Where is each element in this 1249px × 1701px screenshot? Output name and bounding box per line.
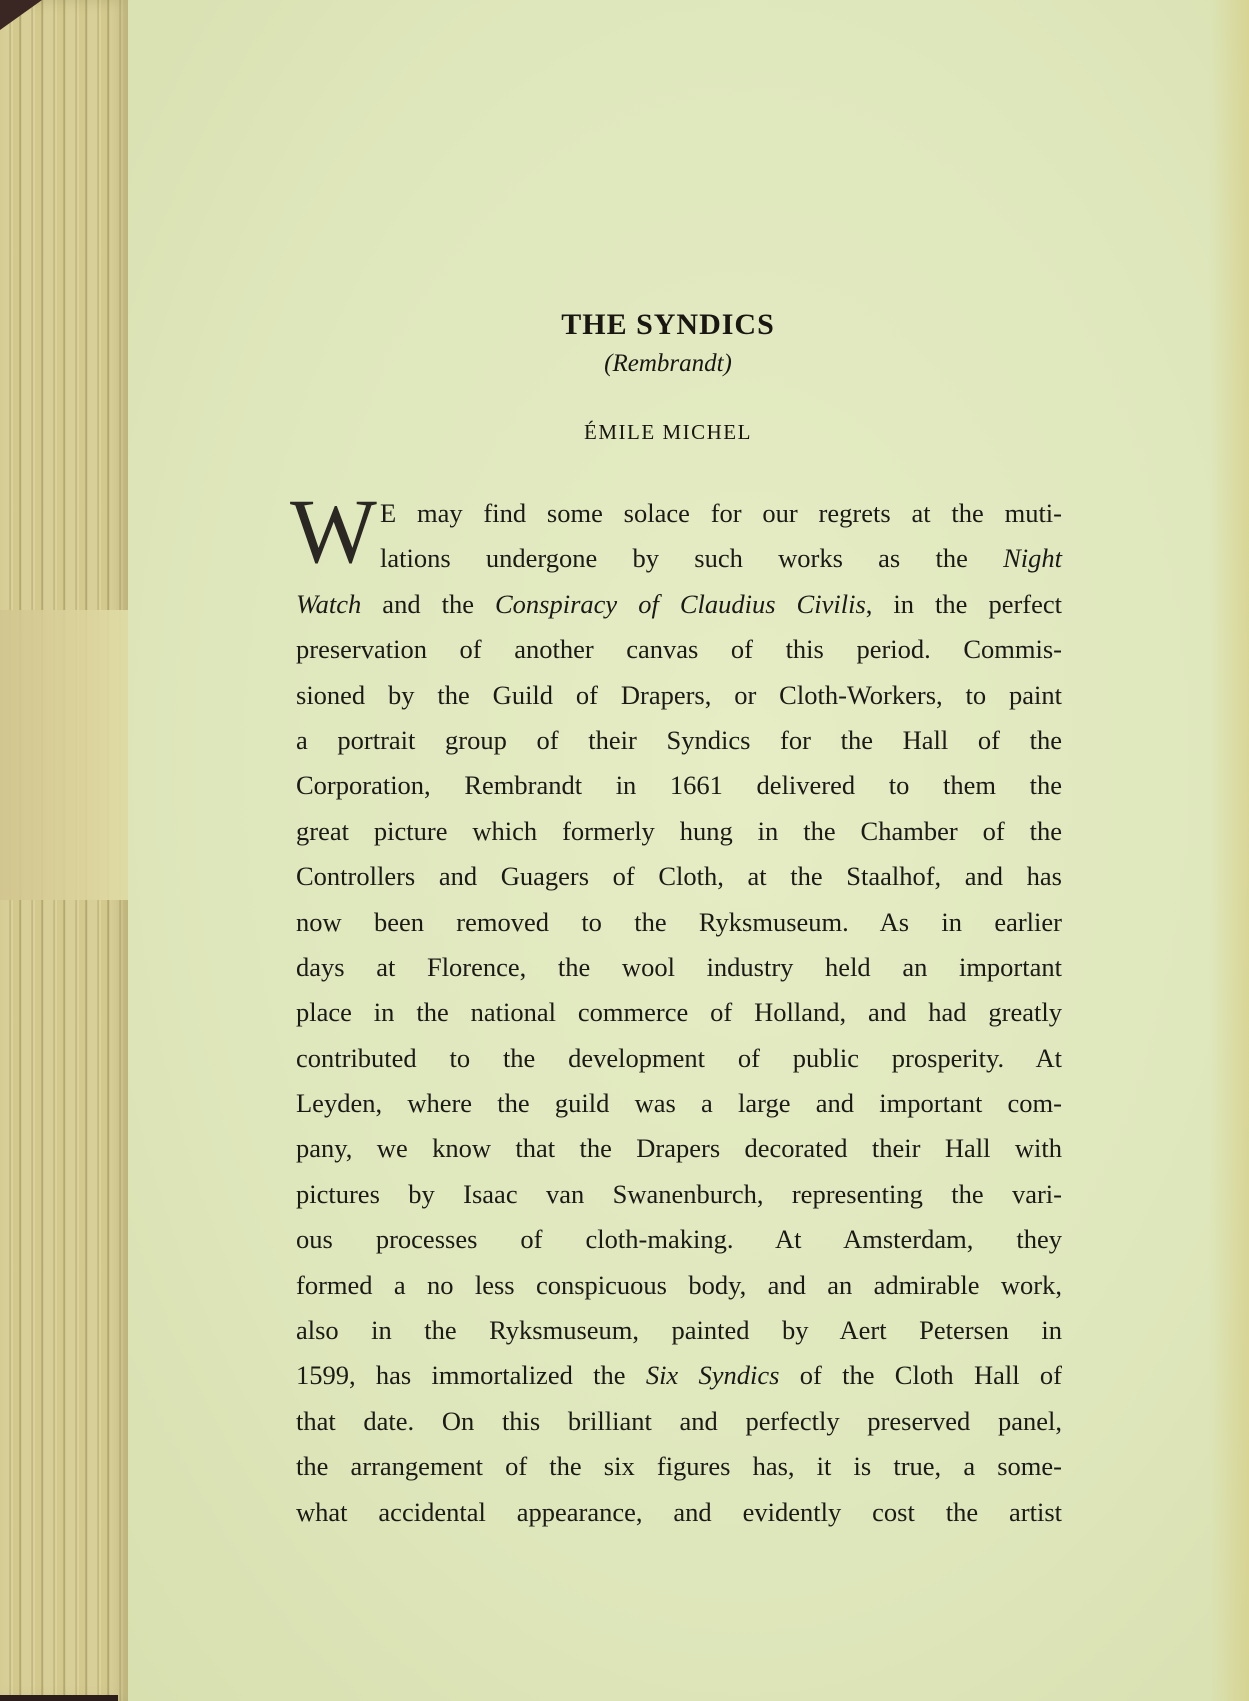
text-run: days at Florence, the wool industry held… xyxy=(296,952,1062,982)
text-line: Controllers and Guagers of Cloth, at the… xyxy=(296,854,1062,899)
text-run: sioned by the Guild of Drapers, or Cloth… xyxy=(296,680,1062,710)
text-run: Leyden, where the guild was a large and … xyxy=(296,1088,1062,1118)
text-line: Leyden, where the guild was a large and … xyxy=(296,1081,1062,1126)
text-line: place in the national commerce of Hollan… xyxy=(296,990,1062,1035)
page-edge-highlight xyxy=(0,610,145,900)
text-run: also in the Ryksmuseum, painted by Aert … xyxy=(296,1315,1062,1345)
text-line: what accidental appearance, and evidentl… xyxy=(296,1490,1062,1535)
text-line: Watch and the Conspiracy of Claudius Civ… xyxy=(296,582,1062,627)
text-line: Corporation, Rembrandt in 1661 delivered… xyxy=(296,763,1062,808)
text-run: of the Cloth Hall of xyxy=(779,1360,1062,1390)
text-run: pany, we know that the Drapers decorated… xyxy=(296,1133,1062,1163)
text-line: lations undergone by such works as the N… xyxy=(296,536,1062,581)
text-run: that date. On this brilliant and perfect… xyxy=(296,1406,1062,1436)
italic-title: Conspiracy of Claudius Civilis xyxy=(495,589,866,619)
text-run: Corporation, Rembrandt in 1661 delivered… xyxy=(296,770,1062,800)
text-lines: E may find some solace for our regrets a… xyxy=(296,491,1062,1535)
body-text: W E may find some solace for our regrets… xyxy=(296,491,1062,1535)
text-line: great picture which formerly hung in the… xyxy=(296,809,1062,854)
drop-cap: W xyxy=(290,491,377,571)
text-line: preservation of another canvas of this p… xyxy=(296,627,1062,672)
text-run: , in the perfect xyxy=(866,589,1062,619)
text-line: that date. On this brilliant and perfect… xyxy=(296,1399,1062,1444)
text-run: lations undergone by such works as the xyxy=(380,543,1003,573)
author-byline: ÉMILE MICHEL xyxy=(530,420,806,445)
italic-title: Night xyxy=(1003,543,1062,573)
text-run: 1599, has immortalized the xyxy=(296,1360,646,1390)
text-run: and the xyxy=(361,589,495,619)
text-line: ous processes of cloth-making. At Amster… xyxy=(296,1217,1062,1262)
text-run: pictures by Isaac van Swanenburch, repre… xyxy=(296,1179,1062,1209)
text-line: pany, we know that the Drapers decorated… xyxy=(296,1126,1062,1171)
text-line: pictures by Isaac van Swanenburch, repre… xyxy=(296,1172,1062,1217)
text-line: also in the Ryksmuseum, painted by Aert … xyxy=(296,1308,1062,1353)
text-line: days at Florence, the wool industry held… xyxy=(296,945,1062,990)
text-run: formed a no less conspicuous body, and a… xyxy=(296,1270,1062,1300)
text-run: place in the national commerce of Hollan… xyxy=(296,997,1062,1027)
text-run: preservation of another canvas of this p… xyxy=(296,634,1062,664)
text-run: a portrait group of their Syndics for th… xyxy=(296,725,1062,755)
chapter-title: THE SYNDICS xyxy=(530,308,806,342)
italic-title: Six Syndics xyxy=(646,1360,780,1390)
text-line: E may find some solace for our regrets a… xyxy=(296,491,1062,536)
italic-title: Watch xyxy=(296,589,361,619)
text-run: ous processes of cloth-making. At Amster… xyxy=(296,1224,1062,1254)
text-line: formed a no less conspicuous body, and a… xyxy=(296,1263,1062,1308)
text-run: E may find some solace for our regrets a… xyxy=(380,498,1062,528)
text-run: the arrangement of the six figures has, … xyxy=(296,1451,1062,1481)
text-line: now been removed to the Ryksmuseum. As i… xyxy=(296,900,1062,945)
text-run: what accidental appearance, and evidentl… xyxy=(296,1497,1062,1527)
text-run: great picture which formerly hung in the… xyxy=(296,816,1062,846)
text-line: the arrangement of the six figures has, … xyxy=(296,1444,1062,1489)
text-line: a portrait group of their Syndics for th… xyxy=(296,718,1062,763)
text-line: sioned by the Guild of Drapers, or Cloth… xyxy=(296,673,1062,718)
text-run: contributed to the development of public… xyxy=(296,1043,1062,1073)
text-line: contributed to the development of public… xyxy=(296,1036,1062,1081)
text-run: Controllers and Guagers of Cloth, at the… xyxy=(296,861,1062,891)
text-line: 1599, has immortalized the Six Syndics o… xyxy=(296,1353,1062,1398)
chapter-subtitle: (Rembrandt) xyxy=(530,350,806,378)
text-run: now been removed to the Ryksmuseum. As i… xyxy=(296,907,1062,937)
